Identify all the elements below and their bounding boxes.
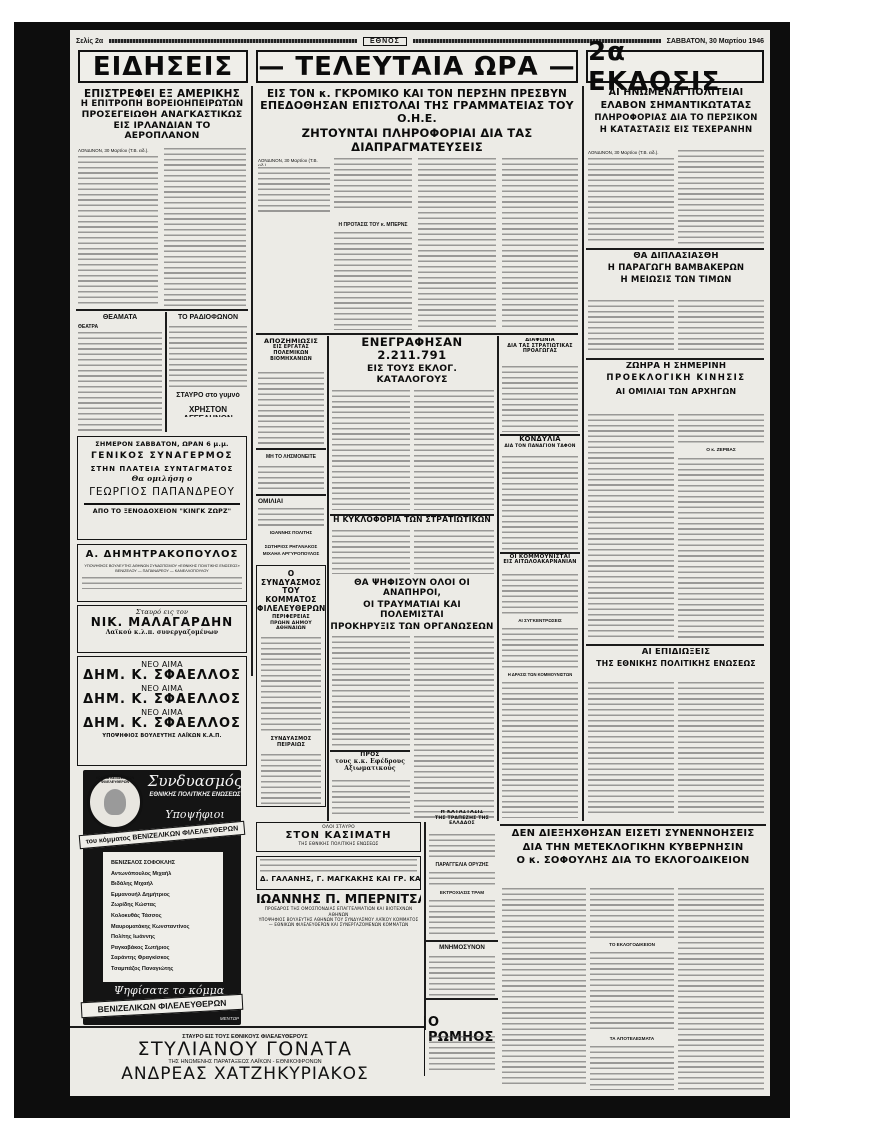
divider [70, 1026, 424, 1028]
candidate: Τσαμπάζος Παναγιώτης [111, 964, 215, 975]
article-body [502, 366, 578, 432]
ticket-line: ΠΡΩΗΝ ΔΗΜΟΥ ΑΘΗΝΑΙΩΝ [257, 621, 325, 632]
article-body [332, 636, 410, 746]
headline-line: ΚΟΝΔΥΛΙΑ [500, 436, 580, 444]
ad-name: ΝΙΚ. ΜΑΛΑΓΑΡΔΗΝ [78, 616, 246, 630]
ad-line: ΑΠΟ ΤΟ ΞΕΝΟΔΟΧΕΙΟΝ "ΚΙΝΓΚ ΖΩΡΖ" [78, 508, 246, 515]
headline-line: ΕΙΣ ΑΙΤΩΛΟΑΚΑΡΝΑΝΙΑΝ [500, 560, 580, 566]
headline-line: ΕΙΣ ΙΡΛΑΝΔΙΑΝ ΤΟ ΑΕΡΟΠΛΑΝΟΝ [76, 121, 248, 142]
article-body [429, 872, 495, 886]
ad-speakers: Δ. ΓΑΛΑΝΗΣ, Γ. ΜΑΓΚΑΚΗΣ ΚΑΙ ΓΡ. ΚΑΣΙΜΑΤΗ… [256, 856, 421, 890]
headline-line: Η ΚΑΤΑΣΤΑΣΙΣ ΕΙΣ ΤΕΧΕΡΑΝΗΝ [586, 126, 766, 136]
section-second-edition: 2α ΕΚΔΟΣΙΣ [586, 50, 764, 83]
candidate: Μαυροματάκης Κωνσταντίνος [111, 922, 215, 933]
headline-line: ΤΗΣ ΕΘΝΙΚΗΣ ΠΟΛΙΤΙΚΗΣ ΕΝΩΣΕΩΣ [586, 660, 766, 669]
subhead: Ο κ. ΖΕΡΒΑΣ [678, 448, 764, 456]
subhead: Η ΔΡΑΣΙΣ ΤΩΝ ΚΟΜΜΟΥΝΙΣΤΩΝ [500, 672, 580, 680]
section-last-hour: — ΤΕΛΕΥΤΑΙΑ ΩΡΑ — [256, 50, 578, 83]
ad-name: ΣΤΥΛΙΑΝΟΥ ΓΟΝΑΤΑ [70, 1040, 420, 1059]
article-body [678, 682, 764, 816]
ad-name: ΙΩΑΝΝΗΣ Π. ΜΠΕΡΝΙΤΣΑΣ [256, 892, 421, 906]
article-body [502, 158, 578, 330]
headline-line: ΔΕΝ ΔΙΕΞΗΧΘΗΣΑΝ ΕΙΣΕΤΙ ΣΥΝΕΝΝΟΗΣΕΙΣ [500, 828, 766, 840]
divider [426, 998, 498, 1000]
article-body [502, 628, 578, 670]
ticket-line: ΣΥΝΔΥΑΣΜΟΣ ΠΕΙΡΑΙΩΣ [257, 737, 325, 749]
divider [500, 824, 766, 826]
article-body [414, 530, 494, 574]
headline-line: ΘΑ ΨΗΦΙΣΟΥΝ ΟΛΟΙ ΟΙ ΑΝΑΠΗΡΟΙ, [330, 578, 494, 598]
article-northern-epirots: ΕΠΙΣΤΡΕΦΕΙ ΕΞ ΑΜΕΡΙΚΗΣ Η ΕΠΙΤΡΟΠΗ ΒΟΡΕΙΟ… [76, 88, 248, 146]
ticket-line: Ο ΣΥΝΔΥΑΣΜΟΣ [257, 570, 325, 587]
article-body [164, 148, 246, 306]
divider [256, 494, 326, 496]
liberal-ticket: Ο ΣΥΝΔΥΑΣΜΟΣ ΤΟΥ ΚΟΜΜΑΤΟΣ ΦΙΛΕΛΕΥΘΕΡΩΝ Π… [256, 565, 326, 807]
article-body [78, 156, 158, 306]
headline-line: ΠΡΟΕΚΛΟΓΙΚΗ ΚΙΝΗΣΙΣ [586, 374, 766, 384]
candidate-list: ΒΕΝΙΖΕΛΟΣ ΣΟΦΟΚΛΗΣ Αντωνόπουλος Μιχαήλ Β… [103, 852, 223, 982]
ad-liberal-party-poster: ΚΟΜΜΑ ΒΕΝΙΖΕΛΙΚΩΝ ΦΙΛΕΛΕΥΘΕΡΩΝ Συνδυασμό… [77, 770, 247, 1025]
article-body [678, 888, 764, 1090]
article-body [258, 372, 324, 444]
article-body [258, 466, 324, 490]
memorial-title: ΜΝΗΜΟΣΥΝΟΝ [428, 944, 496, 954]
ad-gonatas-hatzikyriakos: ΣΤΑΥΡΟ ΕΙΣ ΤΟΥΣ ΕΘΝΙΚΟΥΣ ΦΙΛΕΛΕΥΘΕΡΟΥΣ Σ… [70, 1030, 420, 1096]
ad-dimitrakopoulos: Α. ΔΗΜΗΤΡΑΚΟΠΟΥΛΟΣ ΥΠΟΨΗΦΙΟΣ ΒΟΥΛΕΥΤΗΣ Α… [77, 544, 247, 602]
ad-line: ΤΗΣ ΕΘΝΙΚΗΣ ΠΟΛΙΤΙΚΗΣ ΕΝΩΣΕΩΣ [257, 842, 420, 847]
aggelinon-name: ΧΡΗΣΤΟΝ ΑΓΓΕΛΗΝΟΝ [168, 405, 248, 417]
ad-name: ΑΝΔΡΕΑΣ ΧΑΤΖΗΚΥΡΙΑΚΟΣ [70, 1065, 420, 1083]
ticket-line: ΤΟΥ ΚΟΜΜΑΤΟΣ [257, 587, 325, 604]
speaker-name: ΣΩΤΗΡΙΟΣ ΡΗΓΑΝΑΚΟΣ [256, 544, 326, 551]
divider [256, 448, 326, 450]
article-reserve-officers: ΠΡΟΣ τους κ.κ. Εφέδρους Αξιωματικούς [330, 752, 410, 778]
headline-line: ΠΡΟΣΕΓΕΙΩΘΗ ΑΝΑΓΚΑΣΤΙΚΩΣ [76, 110, 248, 121]
headline-line: ΠΡΟΚΗΡΥΞΙΣ ΤΩΝ ΟΡΓΑΝΩΣΕΩΝ [330, 622, 494, 632]
headline-line: ΖΩΗΡΑ Η ΣΗΜΕΡΙΝΗ [586, 362, 766, 372]
headline-line: ΔΙΑ ΤΟΝ ΠΑΝΑΓΙΟΝ ΤΑΦΟΝ [500, 444, 580, 449]
headline-line: Ο κ. ΣΟΦΟΥΛΗΣ ΔΙΑ ΤΟ ΕΚΛΟΓΟΔΙΚΕΙΟΝ [500, 855, 766, 867]
column-rule [251, 86, 253, 676]
ad-footer: ΥΠΟΨΗΦΙΟΣ ΒΟΥΛΕΥΤΗΣ ΛΑΪΚΩΝ Κ.Α.Π. [78, 734, 246, 740]
article-compensation: ΑΠΟΖΗΜΙΩΣΙΣ ΕΙΣ ΕΡΓΑΤΑΣ ΠΟΛΕΜΙΚΩΝ ΒΙΟΜΗΧ… [256, 338, 326, 372]
article-un-persia: ΕΙΣ ΤΟΝ κ. ΓΚΡΟΜΙΚΟ ΚΑΙ ΤΟΝ ΠΕΡΣΗΝ ΠΡΕΣΒ… [256, 88, 578, 154]
headline-line: ΖΗΤΟΥΝΤΑΙ ΠΛΗΡΟΦΟΡΙΑΙ ΔΙΑ ΤΑΣ ΔΙΑΠΡΑΓΜΑΤ… [256, 127, 578, 153]
theatres-title: ΘΕΑΜΑΤΑ [78, 314, 162, 324]
divider [586, 644, 764, 646]
article-campaign: ΖΩΗΡΑ Η ΣΗΜΕΡΙΝΗ ΠΡΟΕΚΛΟΓΙΚΗ ΚΙΝΗΣΙΣ ΑΙ … [586, 362, 766, 410]
ad-name: ΔΗΜ. Κ. ΣΦΑΕΛΛΟΣ [78, 669, 246, 684]
headline-line: ΑΙ ΗΝΩΜΕΝΑΙ ΠΟΛΙΤΕΙΑΙ [586, 88, 766, 99]
article-body [588, 682, 674, 816]
candidate: Σαράντης Φραγκίσκος [111, 953, 215, 964]
ad-desc: ΠΡΟΕΔΡΟΣ ΤΗΣ ΟΜΟΣΠΟΝΔΙΑΣ ΕΠΑΓΓΕΛΜΑΤΙΩΝ Κ… [256, 906, 421, 917]
ad-line: Λαϊκού κ.λ.π. συνεργαζομένων [78, 630, 246, 637]
headline-line: ΒΙΟΜΗΧΑΝΙΩΝ [256, 357, 326, 363]
article-body [429, 834, 495, 858]
article-body [590, 888, 674, 938]
ad-name: ΔΗΜ. Κ. ΣΦΑΕΛΛΟΣ [78, 717, 246, 732]
headline-line: Αξιωματικούς [330, 766, 410, 773]
ad-bernitsas: ΙΩΑΝΝΗΣ Π. ΜΠΕΡΝΙΤΣΑΣ ΠΡΟΕΔΡΟΣ ΤΗΣ ΟΜΟΣΠ… [256, 892, 421, 947]
ad-line: ΓΕΩΡΓΙΟΣ ΠΑΠΑΝΔΡΕΟΥ [78, 486, 246, 498]
headline-line: ΕΛΑΒΟΝ ΣΗΜΑΝΤΙΚΩΤΑΤΑΣ [586, 101, 766, 112]
article-body [414, 636, 494, 796]
candidate: Ζωρίδης Κώστας [111, 900, 215, 911]
rice-order-title: ΠΑΡΑΓΓΕΛΙΑ ΟΡΥΖΗΣ [428, 862, 496, 870]
article-soldiers: Η ΚΥΚΛΟΦΟΡΙΑ ΤΩΝ ΣΤΡΑΤΙΩΤΙΚΩΝ [330, 516, 494, 528]
theatres-listing [78, 332, 162, 432]
article-condolences: ΚΟΝΔΥΛΙΑ ΔΙΑ ΤΟΝ ΠΑΝΑΓΙΟΝ ΤΑΦΟΝ [500, 436, 580, 454]
article-body [429, 900, 495, 936]
headline-line: ΕΝΕΓΡΑΦΗΣΑΝ 2.211.791 [330, 336, 494, 362]
article-disabled-veterans: ΘΑ ΨΗΦΙΣΟΥΝ ΟΛΟΙ ΟΙ ΑΝΑΠΗΡΟΙ, ΟΙ ΤΡΑΥΜΑΤ… [330, 578, 494, 634]
ticket-line: ΦΙΛΕΛΕΥΘΕΡΩΝ [257, 605, 325, 614]
column-rule [327, 336, 329, 821]
article-body [258, 508, 324, 528]
ad-name: ΣΤΟΝ ΚΑΣΙΜΑΤΗ [257, 830, 420, 842]
article-body [502, 888, 586, 1088]
dont-forget-title: ΜΗ ΤΟ ΛΗΣΜΟΝΕΙΤΕ [256, 454, 326, 462]
ad-line: ΓΕΝΙΚΟΣ ΣΥΝΑΓΕΡΜΟΣ [78, 451, 246, 461]
divider [586, 248, 764, 250]
candidate: Πολίτης Ιωάννης [111, 932, 215, 943]
article-bank-of-greece: Η ΚΑΤΑΣΤΑΣΙΣ ΤΗΣ ΤΡΑΠΕΖΗΣ ΤΗΣ ΕΛΛΑΔΟΣ [428, 810, 496, 830]
article-body [678, 300, 764, 354]
headline-line: ΑΙ ΕΠΙΔΙΩΞΕΙΣ [586, 648, 766, 658]
headline-line: ΕΙΣ ΕΡΓΑΤΑΣ ΠΟΛΕΜΙΚΩΝ [256, 345, 326, 356]
candidate: Βιδάλης Μιχαήλ [111, 879, 215, 890]
dateline: ΛΟΝΔΙΝΟΝ, 30 Μαρτίου (Τ.Β. ειδ.). [588, 150, 674, 158]
ad-line: ΣΤΗΝ ΠΛΑΤΕΙΑ ΣΥΝΤΑΓΜΑΤΟΣ [78, 465, 246, 473]
headline-line: ΤΗΣ ΤΡΑΠΕΖΗΣ ΤΗΣ ΕΛΛΑΔΟΣ [428, 816, 496, 827]
poster-candidates-label: Υποψήφιοι [147, 808, 243, 821]
candidate: Αντωνόπουλος Μιχαήλ [111, 869, 215, 880]
article-body [334, 232, 412, 330]
article-cotton: ΘΑ ΔΙΠΛΑΣΙΑΣΘΗ Η ΠΑΡΑΓΩΓΗ ΒΑΜΒΑΚΕΡΩΝ Η Μ… [586, 252, 766, 296]
column-rule [582, 86, 584, 821]
headline-line: Η ΠΑΡΑΓΩΓΗ ΒΑΜΒΑΚΕΡΩΝ [586, 264, 766, 274]
party-seal-text: ΚΟΜΜΑ ΒΕΝΙΖΕΛΙΚΩΝ ΦΙΛΕΛΕΥΘΕΡΩΝ [89, 776, 141, 784]
article-body [332, 780, 410, 816]
headline-line: ΕΙΣ ΤΟΥΣ ΕΚΛΟΓ. ΚΑΤΑΛΟΓΟΥΣ [330, 364, 494, 385]
headline-line: ΟΙ ΤΡΑΥΜΑΤΙΑΙ ΚΑΙ ΠΟΛΕΜΙΣΤΑΙ [330, 600, 494, 620]
candidate: Ραγκαβάκος Σωτήριος [111, 943, 215, 954]
ad-malagardis: Σταυρό εις τον ΝΙΚ. ΜΑΛΑΓΑΡΔΗΝ Λαϊκού κ.… [77, 605, 247, 653]
ad-desc: ΥΠΟΨΗΦΙΟΣ ΒΟΥΛΕΥΤΗΣ ΑΘΗΝΩΝ ΣΥΝΑΣΠΙΣΜΟΥ «… [82, 564, 242, 574]
ad-name: Δ. ΓΑΛΑΝΗΣ, Γ. ΜΑΓΚΑΚΗΣ ΚΑΙ ΓΡ. ΚΑΣΙΜΑΤΗ… [260, 875, 417, 883]
headline-line: ΠΡΟΑΓΩΓΑΣ [500, 349, 580, 355]
page-label: Σελίς 2α [76, 38, 103, 45]
article-body [334, 158, 412, 212]
divider [426, 940, 498, 942]
aggelinon-cross: ΣΤΑΥΡΟ στο γυμνό [168, 392, 248, 402]
article-body [258, 167, 330, 212]
speaker-name: ΙΩΑΝΝΗΣ ΠΟΛΙΤΗΣ [256, 530, 326, 537]
headline-line: ΠΛΗΡΟΦΟΡΙΑΣ ΔΙΑ ΤΟ ΠΕΡΣΙΚΟΝ [586, 114, 766, 124]
subhead: ΤΟ ΕΚΛΟΓΟΔΙΚΕΙΟΝ [590, 942, 674, 950]
article-body [590, 952, 674, 1032]
headline-line: ΑΙ ΟΜΙΛΙΑΙ ΤΩΝ ΑΡΧΗΓΩΝ [586, 387, 766, 396]
radio-listing [169, 326, 247, 390]
article-body [590, 1046, 674, 1090]
article-body [502, 456, 578, 550]
article-body [588, 300, 674, 354]
subhead: ΑΙ ΣΥΓΚΕΝΤΡΩΣΕΙΣ [500, 618, 580, 626]
speaker-name: ΜΙΧΑΗΛ ΑΡΓΥΡΟΠΟΥΛΟΣ [256, 551, 326, 558]
headline-line: ΔΙΑ ΤΗΝ ΜΕΤΕΚΛΟΓΙΚΗΝ ΚΥΒΕΡΝΗΣΙΝ [500, 842, 766, 854]
article-sofoulis: ΔΕΝ ΔΙΕΞΗΧΘΗΣΑΝ ΕΙΣΕΤΙ ΣΥΝΕΝΝΟΗΣΕΙΣ ΔΙΑ … [500, 828, 766, 884]
article-romios: Ο ΡΩΜΗΟΣ [424, 1016, 500, 1076]
article-communists: ΟΙ ΚΟΜΜΟΥΝΙΣΤΑΙ ΕΙΣ ΑΙΤΩΛΟΑΚΑΡΝΑΝΙΑΝ [500, 554, 580, 572]
subhead: Η ΠΡΟΤΑΣΙΣ ΤΟΥ κ. ΜΠΕΡΝΣ [332, 222, 414, 230]
article-national-union: ΑΙ ΕΠΙΔΙΩΞΕΙΣ ΤΗΣ ΕΘΝΙΚΗΣ ΠΟΛΙΤΙΚΗΣ ΕΝΩΣ… [586, 648, 766, 678]
speeches-title: ΟΜΙΛΙΑΙ [258, 498, 324, 507]
article-body [332, 530, 410, 574]
ad-line: ΣΗΜΕΡΟΝ ΣΑΒΒΑΤΟΝ, ΩΡΑΝ 6 μ.μ. [78, 441, 246, 448]
theatres-subtitle: ΘΕΑΤΡΑ [78, 324, 162, 332]
tram-derailment-title: ΕΚΤΡΟΧΙΑΣΙΣ ΤΡΑΜ [428, 890, 496, 898]
poster-subheading: ΕΘΝΙΚΗΣ ΠΟΛΙΤΙΚΗΣ ΕΝΩΣΕΩΣ [147, 792, 243, 798]
article-military-promotions: ΔΙΑΦΩΝΙΑ ΔΙΑ ΤΑΣ ΣΤΡΑΤΙΩΤΙΚΑΣ ΠΡΟΑΓΩΓΑΣ [500, 338, 580, 366]
subhead: ΤΑ ΑΠΟΤΕΛΕΣΜΑΤΑ [590, 1036, 674, 1044]
divider [76, 309, 248, 311]
column-rule [165, 312, 167, 432]
section-news: ΕΙΔΗΣΕΙΣ [78, 50, 248, 83]
article-body [588, 158, 674, 244]
article-body [678, 150, 764, 244]
divider [256, 333, 578, 335]
article-body [502, 682, 578, 818]
article-body [414, 390, 494, 510]
ad-name: ΔΗΜ. Κ. ΣΦΑΕΛΛΟΣ [78, 693, 246, 708]
column-rule [497, 336, 499, 821]
candidate: ΒΕΝΙΖΕΛΟΣ ΣΟΦΟΚΛΗΣ [111, 858, 215, 869]
article-body [588, 414, 674, 640]
candidate: Εμμανουήλ Δημήτριος [111, 890, 215, 901]
poster-signature: ΜΕΝΤΩΡ [220, 1016, 239, 1021]
ad-kasimatis: ΟΛΟΙ ΣΤΑΥΡΟ ΣΤΟΝ ΚΑΣΙΜΑΤΗ ΤΗΣ ΕΘΝΙΚΗΣ ΠΟ… [256, 822, 421, 852]
ad-desc: ΥΠΟΨΗΦΙΟΣ ΒΟΥΛΕΥΤΗΣ ΑΘΗΝΩΝ ΤΟΥ ΣΥΝΔΥΑΣΜΟ… [256, 917, 421, 927]
article-body [678, 414, 764, 444]
dateline: ΛΟΝΔΙΝΟΝ, 30 Μαρτίου (Τ.Β. ειδ.). [258, 158, 328, 166]
masthead-rule [109, 39, 357, 43]
poster-heading: Συνδυασμός [147, 772, 243, 790]
headline-line: ΘΑ ΔΙΠΛΑΣΙΑΣΘΗ [586, 252, 766, 262]
candidate: Κολοκυθάς Τάσσος [111, 911, 215, 922]
article-body [502, 574, 578, 614]
ad-rally-papandreou: ΣΗΜΕΡΟΝ ΣΑΒΒΑΤΟΝ, ΩΡΑΝ 6 μ.μ. ΓΕΝΙΚΟΣ ΣΥ… [77, 436, 247, 540]
article-united-states: ΑΙ ΗΝΩΜΕΝΑΙ ΠΟΛΙΤΕΙΑΙ ΕΛΑΒΟΝ ΣΗΜΑΝΤΙΚΩΤΑ… [586, 88, 766, 148]
headline-line: Η ΜΕΙΩΣΙΣ ΤΩΝ ΤΙΜΩΝ [586, 276, 766, 286]
newspaper-page: Σελίς 2α ΕΘΝΟΣ ΣΑΒΒΑΤΟΝ, 30 Μαρτίου 1946… [70, 30, 770, 1096]
article-body [418, 158, 496, 330]
ad-name: Α. ΔΗΜΗΤΡΑΚΟΠΟΥΛΟΣ [82, 549, 242, 561]
article-body [678, 458, 764, 640]
headline-line: ΕΠΕΔΟΘΗΣΑΝ ΕΠΙΣΤΟΛΑΙ ΤΗΣ ΓΡΑΜΜΑΤΕΙΑΣ ΤΟΥ… [256, 100, 578, 125]
ad-line: Θα ομιλήση ο [78, 475, 246, 484]
article-registration: ΕΝΕΓΡΑΦΗΣΑΝ 2.211.791 ΕΙΣ ΤΟΥΣ ΕΚΛΟΓ. ΚΑ… [330, 336, 494, 386]
radio-title: ΤΟ ΡΑΔΙΟΦΩΝΟΝ [168, 314, 248, 324]
divider [586, 358, 764, 360]
headline-line: Η ΚΥΚΛΟΦΟΡΙΑ ΤΩΝ ΣΤΡΑΤΙΩΤΙΚΩΝ [330, 516, 494, 525]
article-body [429, 956, 495, 996]
newspaper-name: ΕΘΝΟΣ [363, 37, 407, 46]
article-body [332, 390, 410, 510]
ad-sfaellos: ΝΕΟ ΑΙΜΑ ΔΗΜ. Κ. ΣΦΑΕΛΛΟΣ ΝΕΟ ΑΙΜΑ ΔΗΜ. … [77, 656, 247, 766]
